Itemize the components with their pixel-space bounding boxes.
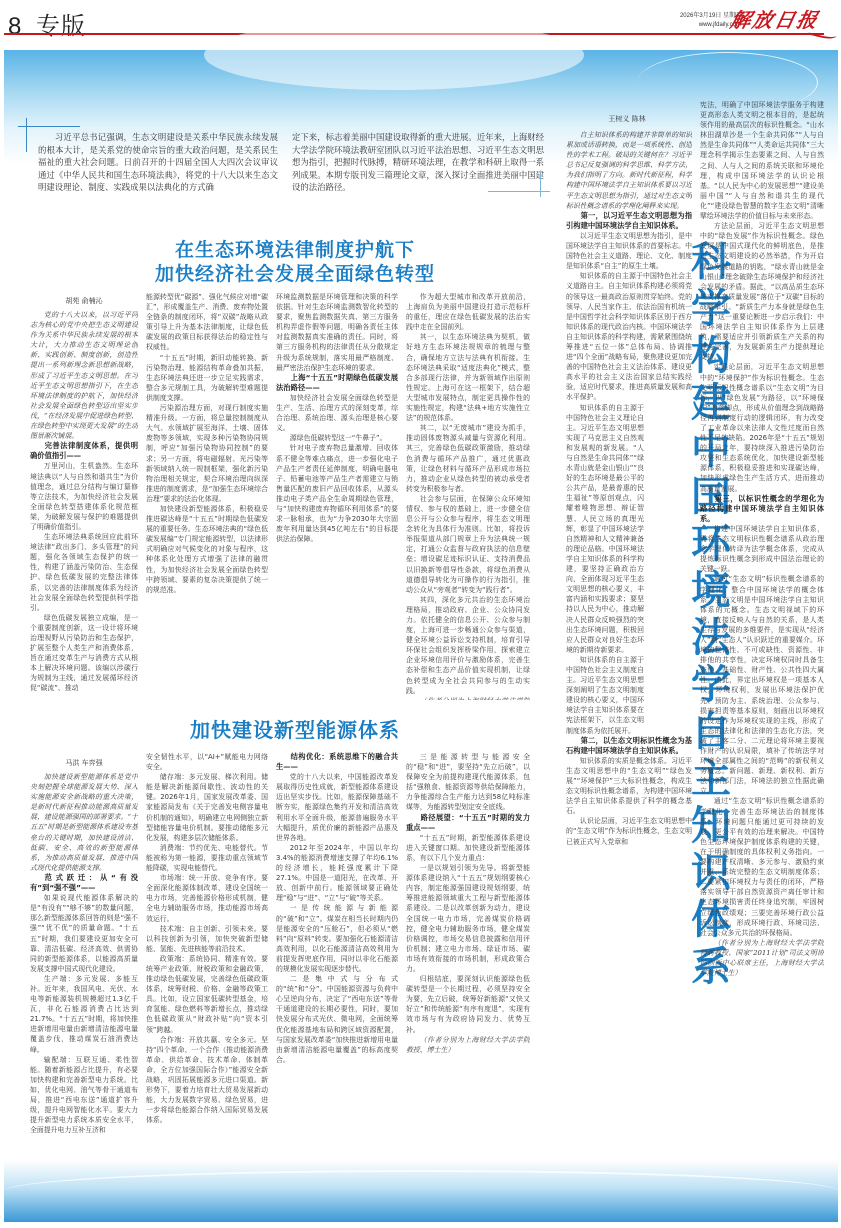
article2-column-3: 结构优化：系统思维下的融合共生—— 党的十八大以来，中国能源改革发展取得历史性成… bbox=[276, 752, 398, 1172]
article2-subhead-1: 范式跃迁：从“有没有”到“强不强”—— bbox=[30, 873, 138, 893]
article2-paragraph: 储存端：多元发展、梯次利用。储能是解决新能源间歇性、波动性的关键。2026年1月… bbox=[146, 772, 268, 843]
article3-paragraph: 以习近平生态文明思想为指引，是中国环境法学自主知识体系的首要标志。中国特色社会主… bbox=[566, 231, 692, 271]
article1-paragraph: 生态环境法典系统回应此前环境法律“政出多门、多头管理”的问题，强化各领域生态保护… bbox=[30, 532, 138, 613]
article2-paragraph: 市场端：统一开放、竞争有序。要全面深化能源体制改革，建设全国统一电力市场，完善能… bbox=[146, 873, 268, 923]
article1-column-4: 作为超大型城市和改革开放前沿，上海肩负为美丽中国建设打造示范标杆的重任，理应在绿… bbox=[406, 292, 530, 700]
article1-paragraph: 作为超大型城市和改革开放前沿，上海肩负为美丽中国建设打造示范标杆的重任，理应在绿… bbox=[406, 292, 530, 332]
article2-subhead-2: 结构优化：系统思维下的融合共生—— bbox=[276, 752, 398, 772]
article1-column-3: 环境监测数据是环境管理和决策的科学依据。针对生态环境监测数智化转型的要求，聚焦监… bbox=[276, 292, 398, 700]
article3-paragraph: 知识体系的自主源于中国特色社会主义制度自主。习近平生态文明思想深刻阐明了生态文明… bbox=[566, 655, 644, 736]
article2-lead: 加快建设新型能源体系是党中央刻把握全球能源发展大势、深入实施能源安全新战略的重大… bbox=[30, 772, 138, 873]
article1-paragraph: 能源转型优“碳源”、强化气候应对增“碳汇”，形成覆盖生产、消费、废弃物处置全链条… bbox=[146, 292, 268, 353]
article1-lead: 党的十八大以来，以习近平同志为核心的党中央把生态文明建设作为关系中华民族永续发展… bbox=[30, 310, 138, 441]
article3-paragraph: 宪法，明确了中国环境法学服务于构建更高形态人类文明之根本目的，是起统领作用的最高… bbox=[700, 100, 824, 221]
article3-paragraph: 通过“生态文明”标识性概念谱系的学理化，完善生态环境法治的制度体系。环境问题只能… bbox=[700, 796, 824, 937]
article3-paragraph: 方法论层面，习近平生态文明思想中的“绿色发展”作为标识性概念。绿色发展是中国式现… bbox=[700, 221, 824, 362]
intro-paragraph-1: 习近平总书记强调，生态文明建设是关系中华民族永续发展的根本大计，是关系党的使命宗… bbox=[38, 131, 278, 194]
article2-paragraph: 技术端：自主创新、引领未来。要以科技创新为引领，加快突破新型储能、氢能、先进核能… bbox=[146, 924, 268, 954]
article2-paragraph: 一是以规划引领为先导。将新型能源体系建设纳入“十五五”规划纲要核心内容，制定能源… bbox=[406, 863, 530, 974]
article2-paragraph: 生产端：多元发展、多能互补。近年来，我国风电、光伏、水电等新能源装机规模超过1.… bbox=[30, 974, 138, 1055]
article1-paragraph: 源绿色低碳转型这一“牛鼻子”。 bbox=[276, 433, 398, 443]
article2-byline: 马洪 车弈强 bbox=[36, 758, 132, 768]
article3-subhead-1: 第一，以习近平生态文明思想为指引构建中国环境法学自主知识体系。 bbox=[566, 211, 692, 231]
article2-paragraph: 消费端：节约优先、电能替代。节能被称为第一能源，要推动重点领域节能降碳，实现电能… bbox=[146, 843, 268, 873]
article3-column-2: 宪法，明确了中国环境法学服务于构建更高形态人类文明之根本目的，是起统领作用的最高… bbox=[700, 100, 824, 1170]
article1-paragraph: 加快经济社会发展全面绿色转型是生产、生活、治理方式的深刻变革，综合治理、系统治理… bbox=[276, 393, 398, 433]
article3-paragraph: 知识体系的实质是概念体系。习近平生态文明思想中的“生态文明”“绿色发展”“环境保… bbox=[566, 756, 692, 817]
article2-paragraph: 2012年至2024年，中国以年均3.4%的能源消费增速支撑了年均6.1%的经济… bbox=[276, 843, 398, 904]
article1-author-note: （作者分别为上海财经大学法学院教授、博士生） bbox=[406, 696, 530, 700]
article2-title: 加快建设新型能源体系 bbox=[140, 714, 450, 743]
article1-paragraph: “十五五”时期，新旧动能转换、新污染物治理、能源结构革命叠加共振，生态环境法典还… bbox=[146, 353, 268, 403]
article1-byline: 胡苑 俞楠沁 bbox=[36, 296, 132, 306]
newspaper-logo: 解放日报 bbox=[728, 4, 822, 33]
article2-column-4: 三是能源转型与能源安全的“稳”和“进”，要坚持“先立后破”，以保障安全为前提构建… bbox=[406, 752, 530, 1172]
decorative-crosshair bbox=[540, 171, 541, 197]
article3-column-1: 自主知识体系的构建并非简单的知识累加或话语转换，而是一项系统性、创造性的学术工程… bbox=[566, 130, 692, 1170]
article1-paragraph: 环境监测数据是环境管理和决策的科学依据。针对生态环境监测数智化转型的要求，聚焦监… bbox=[276, 292, 398, 373]
article2-paragraph: “十五五”时期，新型能源体系建设进入关键窗口期。加快建设新型能源体系，有以下几个… bbox=[406, 833, 530, 863]
article1-title-line2: 加快经济社会发展全面绿色转型 bbox=[150, 259, 440, 286]
page-number-section: 8 专版 bbox=[8, 6, 86, 41]
article1-paragraph: 其二，以“无废城市”建设为抓手，推动固体废物源头减量与资源化利用。其三，完善绿色… bbox=[406, 423, 530, 494]
article3-narrow-flow: 知识体系的自主源于中国特色社会主义理论自主。习近平生态文明思想实现了马克思主义自… bbox=[566, 403, 644, 736]
article1-paragraph: 社会参与层面，在保障公众环境知情权、参与权的基础上，进一步健全信息公开与公众参与… bbox=[406, 494, 530, 595]
article3-subhead-2: 第二，以生态文明标识性概念为基石构建中国环境法学自主知识体系。 bbox=[566, 736, 692, 756]
decorative-crosshair bbox=[18, 126, 80, 127]
article1-paragraph: 其一，以生态环境法典为契机，做好地方生态环境法规规章的梳理与整合，确保地方立法与… bbox=[406, 332, 530, 423]
article1-paragraph: 加快建设新型能源体系，积极稳妥推进碳达峰是“十五五”时期绿色低碳发展的重要任务。… bbox=[146, 504, 268, 595]
article2-paragraph: 二是集中式与分布式的“统”和“分”。中国能源资源与负荷中心呈逆向分布，决定了“西… bbox=[276, 974, 398, 1065]
bottom-wave-decoration bbox=[4, 1160, 838, 1222]
article1-paragraph: 污染源治理方面，对现行制度实施精准升级。一方面，将总量控制制度从大气、水领域扩展… bbox=[146, 403, 268, 504]
article2-author-note: （作者分别为上海财经大学法学院教授、博士生） bbox=[406, 1035, 530, 1055]
decorative-crosshair bbox=[488, 191, 550, 192]
article2-paragraph: 安全韧性水平，以“AI+”赋能电力网络安全。 bbox=[146, 752, 268, 772]
article1-column-1: 党的十八大以来，以习近平同志为核心的党中央把生态文明建设作为关系中华民族永续发展… bbox=[30, 310, 138, 700]
article1-paragraph: 针对电子废弃物总量激增、回收体系不健全等难点痛点，进一步强化电子产品生产者责任延… bbox=[276, 443, 398, 544]
article2-paragraph: 合作端：开放共赢、安全多元。坚持“四个革命、一个合作（推动能源消费革命、供给革命… bbox=[146, 1035, 268, 1126]
page-number: 8 bbox=[8, 13, 22, 40]
article1-subhead-1: 完善法律制度体系，提供明确价值指引—— bbox=[30, 441, 138, 461]
article3-subhead-3: 第三，以标识性概念的学理化为路径构建中国环境法学自主知识体系。 bbox=[700, 494, 824, 524]
masthead-swoosh bbox=[808, 25, 838, 41]
article2-subhead-3: 路径展望：“十五五”时期的发力重点—— bbox=[406, 813, 530, 833]
article3-paragraph: 实践论层面，习近平生态文明思想中的“环境保护”作为标识性概念。生态文明标识性概念… bbox=[700, 362, 824, 493]
article3-paragraph: 构建中国环境法学自主知识体系，需将生态文明标识性概念谱系从政治理念学理化转译为法… bbox=[700, 524, 824, 574]
article2-column-1: 加快建设新型能源体系是党中央刻把握全球能源发展大势、深入实施能源安全新战略的重大… bbox=[30, 772, 138, 1172]
article1-title-line1: 在生态环境法律制度护航下 bbox=[150, 235, 440, 262]
article2-paragraph: 输配端：互联互通、柔性智能。随着新能源占比提升，有必要加快构建和完善新型电力系统… bbox=[30, 1055, 138, 1136]
article3-lead: 自主知识体系的构建并非简单的知识累加或话语转换，而是一项系统性、创造性的学术工程… bbox=[566, 130, 692, 211]
article1-paragraph: 万里河山，生机盎然。生态环境法典以“人与自然和谐共生”为价值理念，通过总分结构与… bbox=[30, 461, 138, 532]
article2-paragraph: 一是传统能源与新能源的“破”和“立”。煤炭在相当长时期内仍是能源安全的“压舱石”… bbox=[276, 903, 398, 974]
article2-paragraph: 如果说现代能源体系解决的是“有没有”“够不够”的数量问题，那么新型能源体系回答的… bbox=[30, 893, 138, 974]
intro-paragraph-2: 定下来，标志着美丽中国建设取得新的重大进展。近年来，上海财经大学法学院环境法教研… bbox=[292, 131, 544, 194]
article2-paragraph: 三是能源转型与能源安全的“稳”和“进”，要坚持“先立后破”，以保障安全为前提构建… bbox=[406, 752, 530, 813]
article3-byline: 王树义 陈林 bbox=[572, 114, 682, 124]
article3-paragraph: 知识体系的自主源于中国特色社会主义理论自主。习近平生态文明思想实现了马克思主义自… bbox=[566, 403, 644, 655]
article3-flow: 知识体系的自主源于中国特色社会主义道路自主。自主知识体系构建必须将党的领导这一最… bbox=[566, 271, 692, 402]
article2-paragraph: 政策端：系统协同、精准有效。要统筹产业政策、财税政策和金融政策，推动绿色低碳发展… bbox=[146, 954, 268, 1035]
article1-paragraph: 其四，深化多元共治的生态环境治理格局，推动政府、企业、公众协同发力。依托健全的信… bbox=[406, 595, 530, 696]
article1-subhead-2: 上海“十五五”时期绿色低碳发展法治路径—— bbox=[276, 373, 398, 393]
section-name: 专版 bbox=[36, 13, 86, 40]
article1-column-2: 能源转型优“碳源”、强化气候应对增“碳汇”，形成覆盖生产、消费、废弃物处置全链条… bbox=[146, 292, 268, 700]
decorative-crosshair bbox=[26, 118, 27, 152]
article3-paragraph: 通过“生态文明”标识性概念谱系的学理化，整合中国环境法学的概念体系。生态文明是中… bbox=[700, 574, 824, 796]
article3-paragraph: 知识体系的自主源于中国特色社会主义道路自主。自主知识体系构建必须将党的领导这一最… bbox=[566, 271, 692, 402]
article3-paragraph: 认识论层面，习近平生态文明思想中的“生态文明”作为标识性概念，生态文明已被正式写… bbox=[566, 816, 692, 846]
article1-paragraph: 绿色低碳发展独立成编，是一个重要制度创新，这一设计将环境治理视野从污染防治和生态… bbox=[30, 613, 138, 694]
article2-paragraph: 党的十八大以来，中国能源改革发展取得历史性成就，新型能源体系建设迈出坚实步伐。比… bbox=[276, 772, 398, 843]
article2-paragraph: 归根结底，要深刻认识能源绿色低碳转型是一个长期过程，必须坚持安全为要，先立后破，… bbox=[406, 974, 530, 1035]
article3-author-note: （作者分别为上海财经大学法学院特聘教授、国家“2011计划”司法文明协同创新中心… bbox=[700, 938, 824, 978]
article2-column-2: 安全韧性水平，以“AI+”赋能电力网络安全。 储存端：多元发展、梯次利用。储能是… bbox=[146, 752, 268, 1172]
